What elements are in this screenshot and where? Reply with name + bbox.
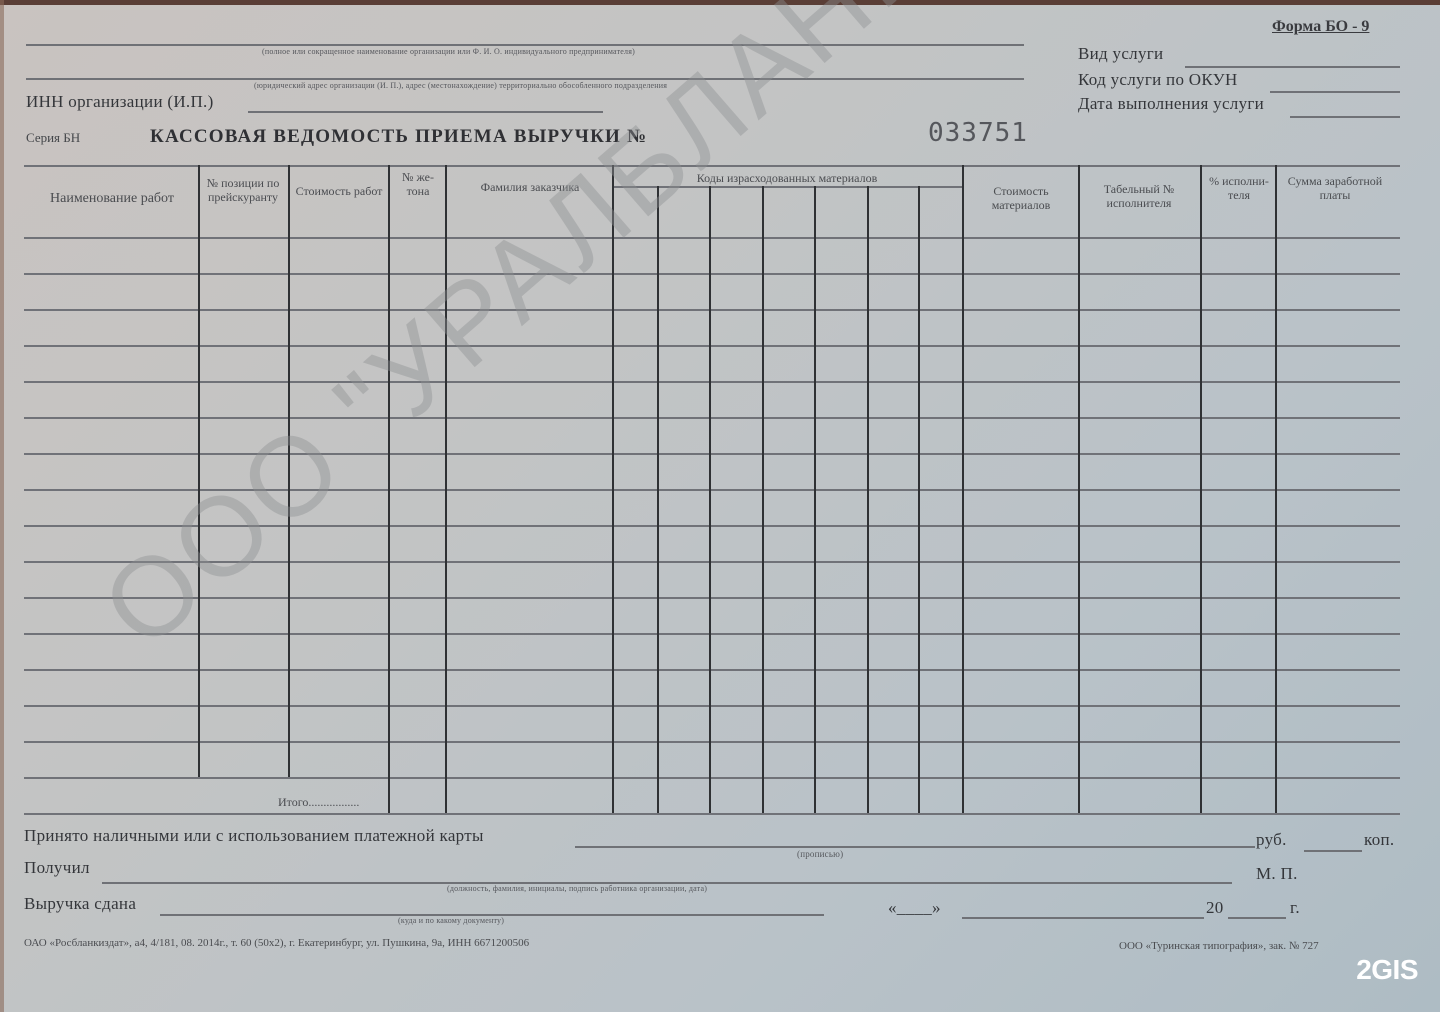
year-suffix: г. (1290, 898, 1300, 918)
stamp-label: М. П. (1256, 864, 1298, 884)
page-title: КАССОВАЯ ВЕДОМОСТЬ ПРИЕМА ВЫРУЧКИ № (150, 126, 647, 148)
received-label: Принято наличными или с использованием п… (24, 826, 484, 846)
series-label: Серия БН (26, 130, 80, 146)
date-month-field[interactable] (962, 917, 1204, 919)
table-row[interactable] (24, 455, 1400, 489)
got-caption: (должность, фамилия, инициалы, подпись р… (447, 884, 707, 893)
service-type-label: Вид услуги (1078, 44, 1163, 64)
table-row[interactable] (24, 239, 1400, 273)
table-row[interactable] (24, 563, 1400, 597)
year-field[interactable] (1228, 917, 1286, 919)
service-type-field[interactable] (1185, 66, 1400, 68)
received-amount-field[interactable] (575, 846, 1255, 848)
table-row[interactable] (24, 779, 1400, 813)
materials-subheader-line (612, 186, 962, 188)
table-row[interactable] (24, 635, 1400, 669)
document-number: 033751 (928, 118, 1028, 148)
col-header-customer-name: Фамилия заказчика (470, 180, 590, 194)
col-header-material-cost: Стоимость материалов (966, 184, 1076, 212)
col-header-work-cost: Стоимость работ (290, 184, 388, 198)
got-label: Получил (24, 858, 90, 878)
inn-field[interactable] (248, 111, 603, 113)
table-row[interactable] (24, 491, 1400, 525)
photo-edge (0, 0, 1440, 5)
publisher-info: ОАО «Росбланкиздат», а4, 4/181, 08. 2014… (24, 937, 529, 949)
table-row-line (24, 813, 1400, 815)
col-header-employee-number: Табельный № исполнителя (1080, 182, 1198, 210)
org-name-caption: (полное или сокращенное наименование орг… (262, 47, 635, 56)
table-row[interactable] (24, 419, 1400, 453)
service-date-field[interactable] (1290, 116, 1400, 118)
address-caption: (юридический адрес организации (И. П.), … (254, 81, 667, 90)
handed-caption: (куда и по какому документу) (398, 916, 504, 925)
handed-label: Выручка сдана (24, 894, 136, 914)
table-row[interactable] (24, 743, 1400, 777)
table-row[interactable] (24, 383, 1400, 417)
table-row[interactable] (24, 707, 1400, 741)
address-line[interactable] (26, 78, 1024, 80)
table-row[interactable] (24, 599, 1400, 633)
in-words-caption: (прописью) (797, 849, 843, 859)
col-header-material-codes: Коды израсходованных материалов (612, 171, 962, 185)
table-row[interactable] (24, 527, 1400, 561)
col-header-price-position: № позиции по прейскуранту (198, 176, 288, 204)
col-header-performer-percent: % исполни-теля (1206, 174, 1272, 202)
col-header-salary-sum: Сумма заработной платы (1280, 174, 1390, 202)
rub-label: руб. (1256, 830, 1287, 850)
col-header-token-number: № же-тона (398, 170, 438, 198)
kop-field[interactable] (1304, 850, 1362, 852)
service-code-label: Код услуги по ОКУН (1078, 70, 1238, 90)
table-row[interactable] (24, 347, 1400, 381)
service-code-field[interactable] (1270, 91, 1400, 93)
date-day-field[interactable]: «____» (888, 898, 941, 918)
photo-edge-left (0, 0, 4, 1012)
year-prefix: 20 (1206, 898, 1224, 918)
col-header-work-name: Наименование работ (26, 192, 198, 206)
table-row[interactable] (24, 275, 1400, 309)
table-top-border (24, 165, 1400, 167)
form-code: Форма БО - 9 (1272, 18, 1369, 36)
kop-label: коп. (1364, 830, 1394, 850)
table-row[interactable] (24, 671, 1400, 705)
service-date-label: Дата выполнения услуги (1078, 94, 1264, 114)
brand-logo: 2GIS (1356, 954, 1418, 986)
table-row[interactable] (24, 311, 1400, 345)
org-name-line[interactable] (26, 44, 1024, 46)
printer-info: ООО «Туринская типография», зак. № 727 (1119, 940, 1319, 952)
inn-label: ИНН организации (И.П.) (26, 92, 214, 112)
